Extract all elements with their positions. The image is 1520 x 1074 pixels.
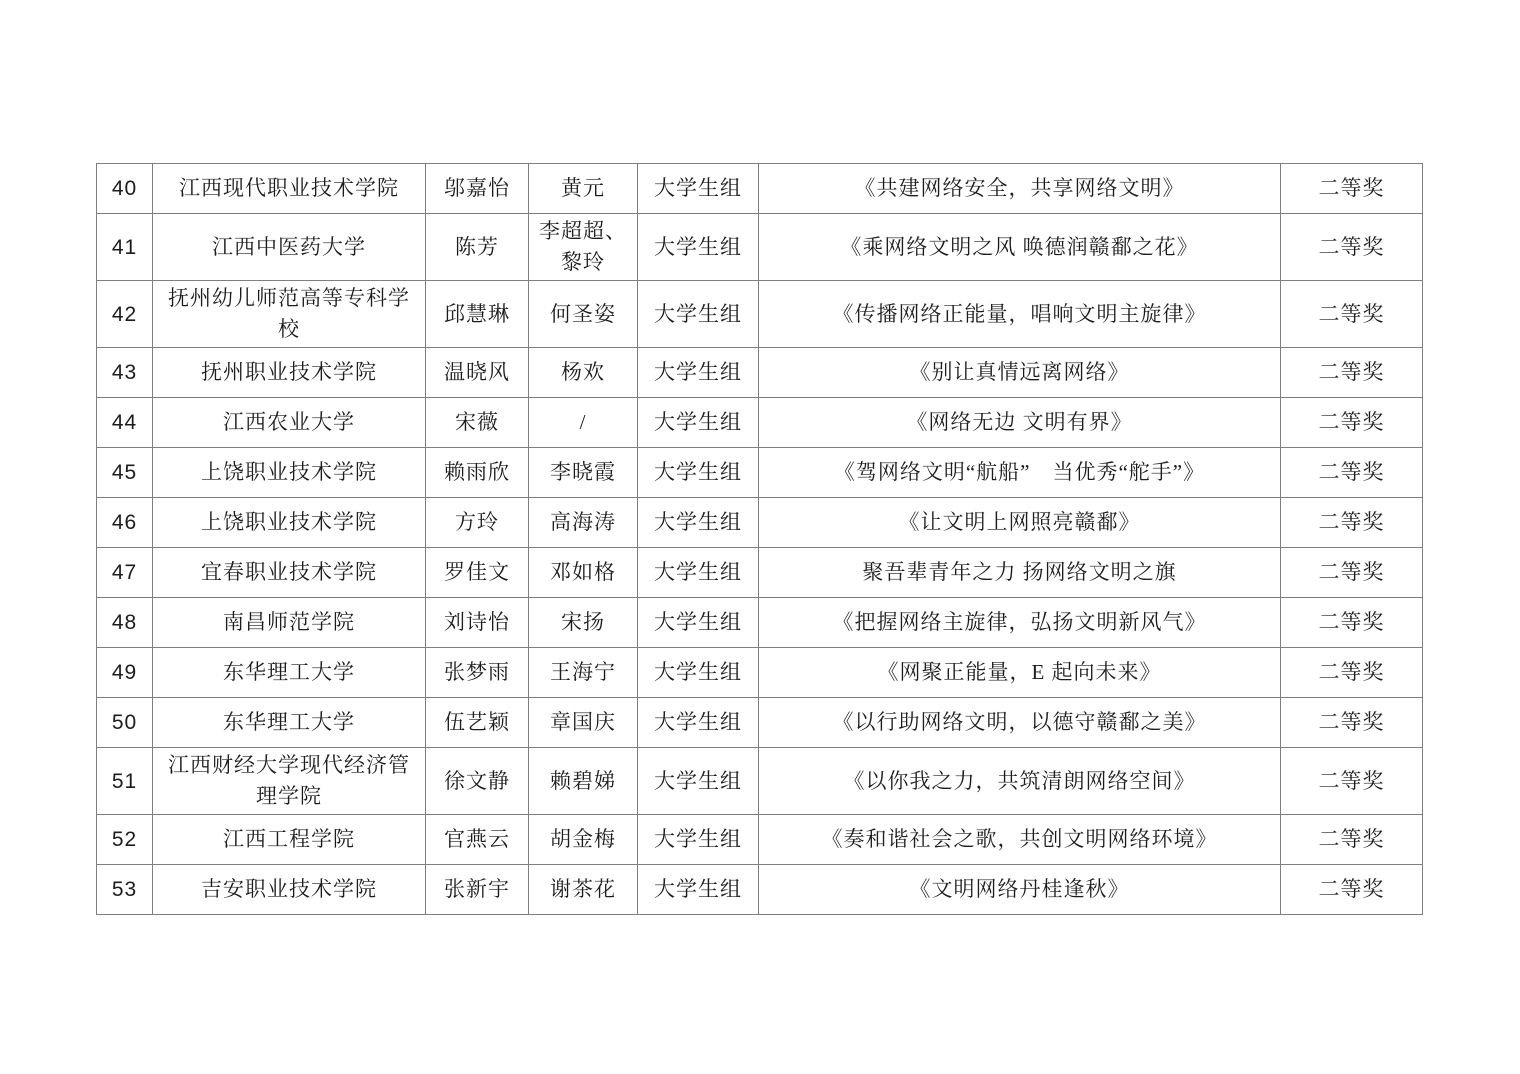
school-cell: 江西农业大学 [153, 398, 426, 448]
author-cell: 徐文静 [426, 748, 529, 815]
author-cell: 伍艺颖 [426, 698, 529, 748]
award-level-cell: 二等奖 [1281, 598, 1423, 648]
author-cell: 张梦雨 [426, 648, 529, 698]
group-cell: 大学生组 [638, 448, 759, 498]
work-title-cell: 《网聚正能量，E 起向未来》 [759, 648, 1281, 698]
school-cell: 东华理工大学 [153, 648, 426, 698]
row-number: 43 [97, 348, 153, 398]
author-cell: 刘诗怡 [426, 598, 529, 648]
group-cell: 大学生组 [638, 164, 759, 214]
row-number: 45 [97, 448, 153, 498]
table-row: 43 抚州职业技术学院 温晓风 杨欢 大学生组 《别让真情远离网络》 二等奖 [97, 348, 1423, 398]
school-cell: 上饶职业技术学院 [153, 448, 426, 498]
school-cell: 南昌师范学院 [153, 598, 426, 648]
table-row: 51 江西财经大学现代经济管理学院 徐文静 赖碧娣 大学生组 《以你我之力，共筑… [97, 748, 1423, 815]
school-cell: 吉安职业技术学院 [153, 865, 426, 915]
award-level-cell: 二等奖 [1281, 698, 1423, 748]
award-level-cell: 二等奖 [1281, 648, 1423, 698]
table-row: 46 上饶职业技术学院 方玲 高海涛 大学生组 《让文明上网照亮赣鄱》 二等奖 [97, 498, 1423, 548]
row-number: 48 [97, 598, 153, 648]
table-row: 49 东华理工大学 张梦雨 王海宁 大学生组 《网聚正能量，E 起向未来》 二等… [97, 648, 1423, 698]
school-cell: 江西现代职业技术学院 [153, 164, 426, 214]
work-title-cell: 《乘网络文明之风 唤德润赣鄱之花》 [759, 214, 1281, 281]
school-cell: 宜春职业技术学院 [153, 548, 426, 598]
award-level-cell: 二等奖 [1281, 164, 1423, 214]
award-level-cell: 二等奖 [1281, 348, 1423, 398]
co-author-cell: 邓如格 [529, 548, 638, 598]
school-cell: 江西财经大学现代经济管理学院 [153, 748, 426, 815]
table-row: 47 宜春职业技术学院 罗佳文 邓如格 大学生组 聚吾辈青年之力 扬网络文明之旗… [97, 548, 1423, 598]
row-number: 47 [97, 548, 153, 598]
co-author-cell: 谢茶花 [529, 865, 638, 915]
award-level-cell: 二等奖 [1281, 548, 1423, 598]
award-level-cell: 二等奖 [1281, 815, 1423, 865]
group-cell: 大学生组 [638, 698, 759, 748]
school-cell: 江西中医药大学 [153, 214, 426, 281]
row-number: 50 [97, 698, 153, 748]
work-title-cell: 《传播网络正能量，唱响文明主旋律》 [759, 281, 1281, 348]
co-author-cell: 李晓霞 [529, 448, 638, 498]
table-row: 50 东华理工大学 伍艺颖 章国庆 大学生组 《以行助网络文明，以德守赣鄱之美》… [97, 698, 1423, 748]
group-cell: 大学生组 [638, 498, 759, 548]
work-title-cell: 《共建网络安全，共享网络文明》 [759, 164, 1281, 214]
row-number: 40 [97, 164, 153, 214]
work-title-cell: 《让文明上网照亮赣鄱》 [759, 498, 1281, 548]
row-number: 46 [97, 498, 153, 548]
award-level-cell: 二等奖 [1281, 748, 1423, 815]
group-cell: 大学生组 [638, 815, 759, 865]
table-row: 42 抚州幼儿师范高等专科学校 邱慧琳 何圣姿 大学生组 《传播网络正能量，唱响… [97, 281, 1423, 348]
work-title-cell: 《以你我之力，共筑清朗网络空间》 [759, 748, 1281, 815]
work-title-cell: 聚吾辈青年之力 扬网络文明之旗 [759, 548, 1281, 598]
co-author-cell: 杨欢 [529, 348, 638, 398]
co-author-cell: 胡金梅 [529, 815, 638, 865]
co-author-cell: 赖碧娣 [529, 748, 638, 815]
row-number: 52 [97, 815, 153, 865]
work-title-cell: 《奏和谐社会之歌，共创文明网络环境》 [759, 815, 1281, 865]
table-row: 41 江西中医药大学 陈芳 李超超、黎玲 大学生组 《乘网络文明之风 唤德润赣鄱… [97, 214, 1423, 281]
group-cell: 大学生组 [638, 748, 759, 815]
table-row: 45 上饶职业技术学院 赖雨欣 李晓霞 大学生组 《驾网络文明“航船” 当优秀“… [97, 448, 1423, 498]
author-cell: 陈芳 [426, 214, 529, 281]
award-level-cell: 二等奖 [1281, 214, 1423, 281]
table-row: 53 吉安职业技术学院 张新宇 谢茶花 大学生组 《文明网络丹桂逢秋》 二等奖 [97, 865, 1423, 915]
co-author-cell: 王海宁 [529, 648, 638, 698]
row-number: 51 [97, 748, 153, 815]
group-cell: 大学生组 [638, 281, 759, 348]
author-cell: 邱慧琳 [426, 281, 529, 348]
co-author-cell: / [529, 398, 638, 448]
row-number: 44 [97, 398, 153, 448]
author-cell: 赖雨欣 [426, 448, 529, 498]
group-cell: 大学生组 [638, 865, 759, 915]
author-cell: 张新宇 [426, 865, 529, 915]
author-cell: 方玲 [426, 498, 529, 548]
row-number: 49 [97, 648, 153, 698]
group-cell: 大学生组 [638, 348, 759, 398]
work-title-cell: 《网络无边 文明有界》 [759, 398, 1281, 448]
co-author-cell: 高海涛 [529, 498, 638, 548]
work-title-cell: 《驾网络文明“航船” 当优秀“舵手”》 [759, 448, 1281, 498]
school-cell: 抚州职业技术学院 [153, 348, 426, 398]
group-cell: 大学生组 [638, 398, 759, 448]
document-page: 40 江西现代职业技术学院 邬嘉怡 黄元 大学生组 《共建网络安全，共享网络文明… [0, 0, 1520, 1074]
row-number: 53 [97, 865, 153, 915]
group-cell: 大学生组 [638, 648, 759, 698]
award-level-cell: 二等奖 [1281, 448, 1423, 498]
co-author-cell: 黄元 [529, 164, 638, 214]
author-cell: 温晓风 [426, 348, 529, 398]
author-cell: 宋薇 [426, 398, 529, 448]
author-cell: 官燕云 [426, 815, 529, 865]
award-level-cell: 二等奖 [1281, 498, 1423, 548]
author-cell: 邬嘉怡 [426, 164, 529, 214]
work-title-cell: 《文明网络丹桂逢秋》 [759, 865, 1281, 915]
work-title-cell: 《别让真情远离网络》 [759, 348, 1281, 398]
school-cell: 江西工程学院 [153, 815, 426, 865]
co-author-cell: 章国庆 [529, 698, 638, 748]
work-title-cell: 《把握网络主旋律，弘扬文明新风气》 [759, 598, 1281, 648]
award-table-body: 40 江西现代职业技术学院 邬嘉怡 黄元 大学生组 《共建网络安全，共享网络文明… [97, 164, 1423, 915]
group-cell: 大学生组 [638, 598, 759, 648]
award-level-cell: 二等奖 [1281, 398, 1423, 448]
table-row: 48 南昌师范学院 刘诗怡 宋扬 大学生组 《把握网络主旋律，弘扬文明新风气》 … [97, 598, 1423, 648]
school-cell: 上饶职业技术学院 [153, 498, 426, 548]
table-row: 52 江西工程学院 官燕云 胡金梅 大学生组 《奏和谐社会之歌，共创文明网络环境… [97, 815, 1423, 865]
co-author-cell: 何圣姿 [529, 281, 638, 348]
school-cell: 东华理工大学 [153, 698, 426, 748]
co-author-cell: 李超超、黎玲 [529, 214, 638, 281]
work-title-cell: 《以行助网络文明，以德守赣鄱之美》 [759, 698, 1281, 748]
row-number: 42 [97, 281, 153, 348]
author-cell: 罗佳文 [426, 548, 529, 598]
school-cell: 抚州幼儿师范高等专科学校 [153, 281, 426, 348]
co-author-cell: 宋扬 [529, 598, 638, 648]
table-row: 40 江西现代职业技术学院 邬嘉怡 黄元 大学生组 《共建网络安全，共享网络文明… [97, 164, 1423, 214]
row-number: 41 [97, 214, 153, 281]
award-level-cell: 二等奖 [1281, 281, 1423, 348]
group-cell: 大学生组 [638, 548, 759, 598]
award-table: 40 江西现代职业技术学院 邬嘉怡 黄元 大学生组 《共建网络安全，共享网络文明… [96, 163, 1423, 915]
table-row: 44 江西农业大学 宋薇 / 大学生组 《网络无边 文明有界》 二等奖 [97, 398, 1423, 448]
award-level-cell: 二等奖 [1281, 865, 1423, 915]
group-cell: 大学生组 [638, 214, 759, 281]
